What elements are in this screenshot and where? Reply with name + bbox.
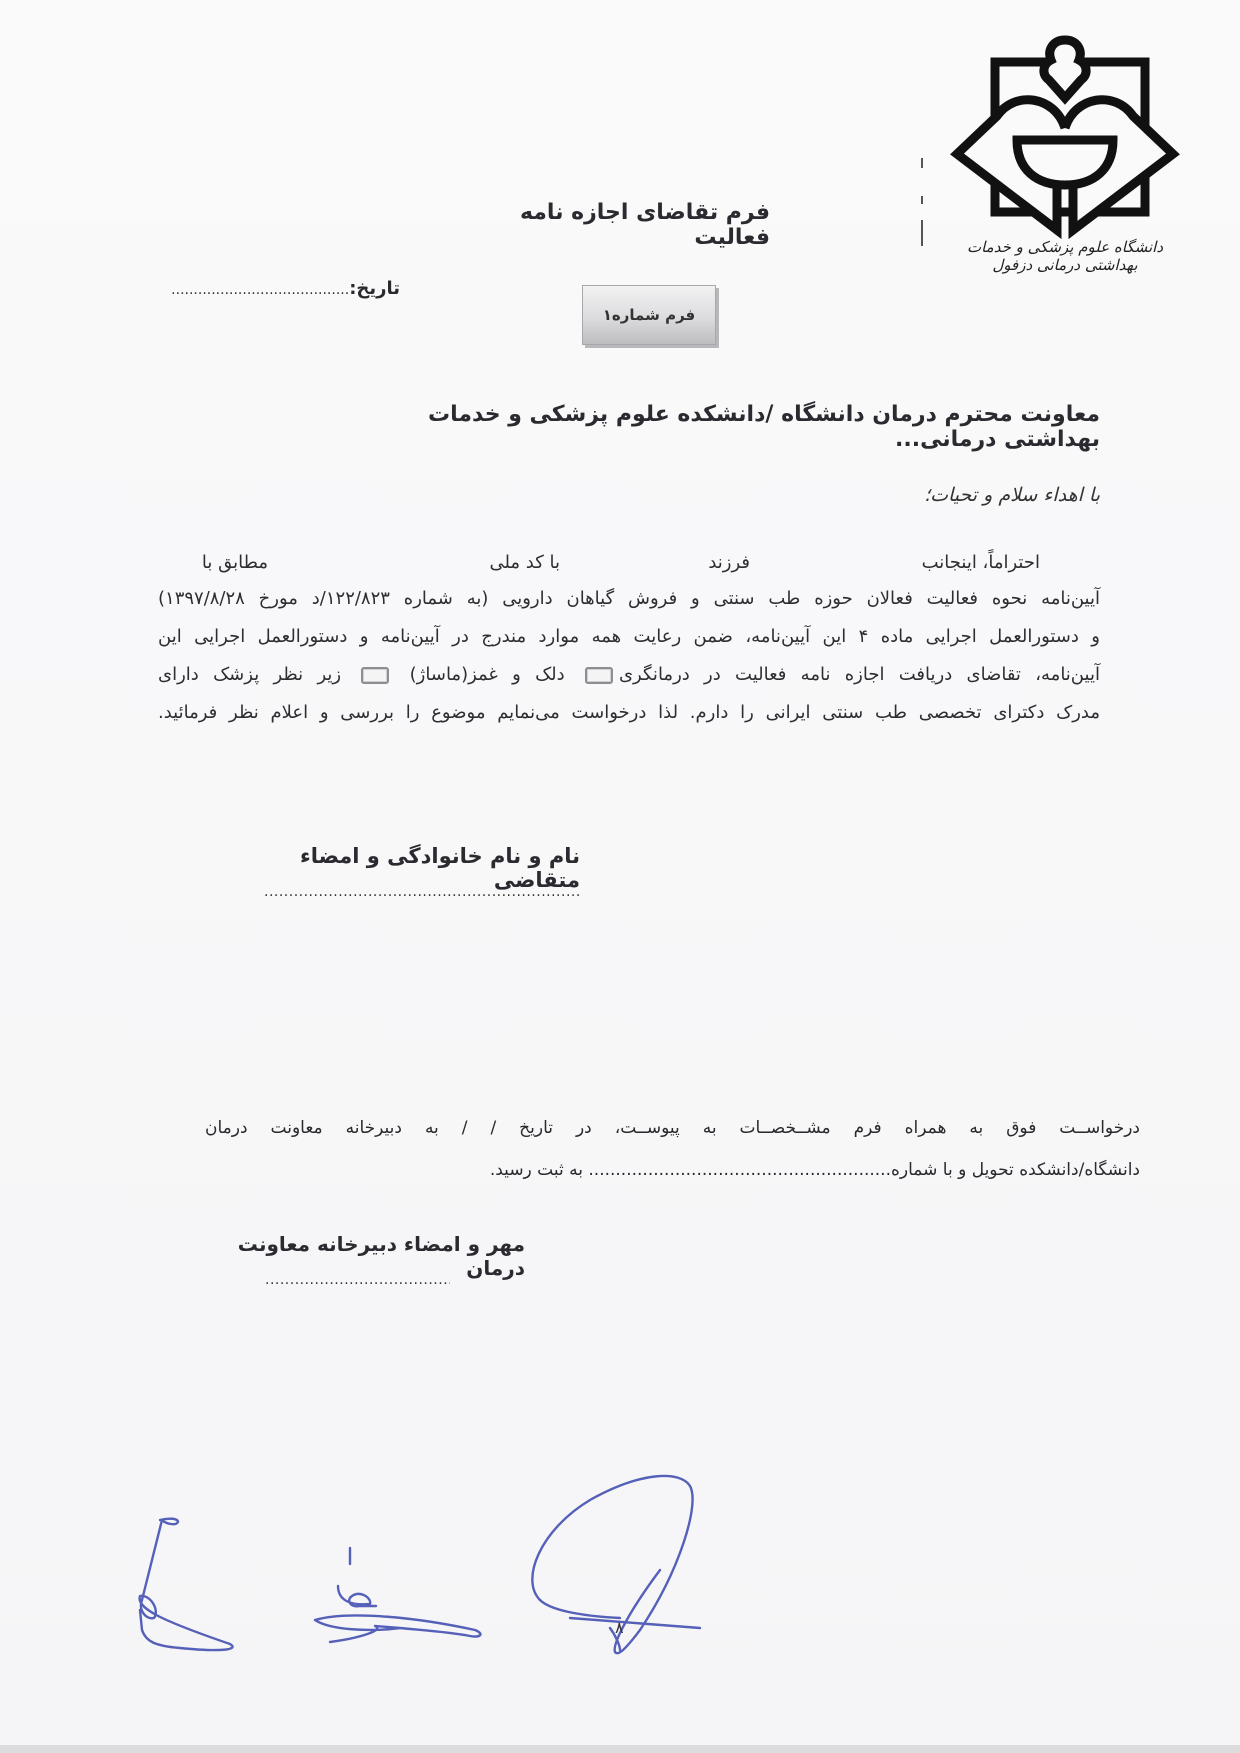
greeting: با اهداء سلام و تحیات؛ (700, 484, 1100, 506)
date-field[interactable]: تاریخ:..................................… (160, 278, 400, 299)
supervision-text: زیر نظر پزشک دارای (158, 664, 341, 685)
massage-checkbox[interactable] (361, 667, 389, 684)
date-dots: ........................................ (171, 282, 349, 298)
according-to-text: مطابق با (158, 552, 268, 573)
secretariat-stamp-line[interactable]: ........................................… (265, 1272, 450, 1288)
university-emblem-icon (945, 30, 1185, 240)
therapy-checkbox[interactable] (585, 667, 613, 684)
respectfully-text: احتراماً، اینجانب (850, 552, 1040, 573)
document-page: دانشگاه علوم پزشکی و خدمات بهداشتی درمان… (0, 0, 1240, 1753)
massage-option-label: دلک و غمز(ماساژ) (410, 664, 565, 685)
secretariat-text-line-2: دانشگاه/دانشکده تحویل و با شماره........… (480, 1160, 1140, 1180)
body-line-2: آیین‌نامه نحوه فعالیت فعالان حوزه طب سنت… (158, 588, 1100, 609)
scan-bottom-edge (0, 1745, 1240, 1753)
body-line-5: مدرک دکترای تخصصی طب سنتی ایرانی را دارم… (158, 702, 1100, 723)
page-number: ۸ (615, 1618, 624, 1637)
form-number-label: فرم شماره۱ (603, 306, 695, 324)
body-line-3: و دستورالعمل اجرایی ماده ۴ این آیین‌نامه… (158, 626, 1100, 647)
form-number-box: فرم شماره۱ (582, 285, 716, 345)
national-code-text: با کد ملی (440, 552, 560, 573)
request-text: آیین‌نامه، تقاضای دریافت اجازه نامه فعال… (619, 664, 1100, 685)
secretariat-text-line-1: درخواســت فوق به همراه فرم مشــخصــات به… (205, 1118, 1140, 1138)
child-of-text: فرزند (660, 552, 750, 573)
body-line-4: آیین‌نامه، تقاضای دریافت اجازه نامه فعال… (158, 664, 1100, 685)
date-label: تاریخ: (349, 278, 400, 299)
university-name: دانشگاه علوم پزشکی و خدمات بهداشتی درمان… (940, 238, 1190, 274)
addressee: معاونت محترم درمان دانشگاه /دانشکده علوم… (370, 402, 1100, 452)
handwritten-signatures (120, 1460, 940, 1680)
form-title: فرم تقاضای اجازه نامه فعالیت (440, 200, 770, 250)
scan-mark (921, 158, 923, 168)
scan-mark (921, 196, 923, 204)
scan-mark (921, 220, 923, 246)
applicant-signature-line[interactable]: ........................................… (264, 884, 580, 900)
